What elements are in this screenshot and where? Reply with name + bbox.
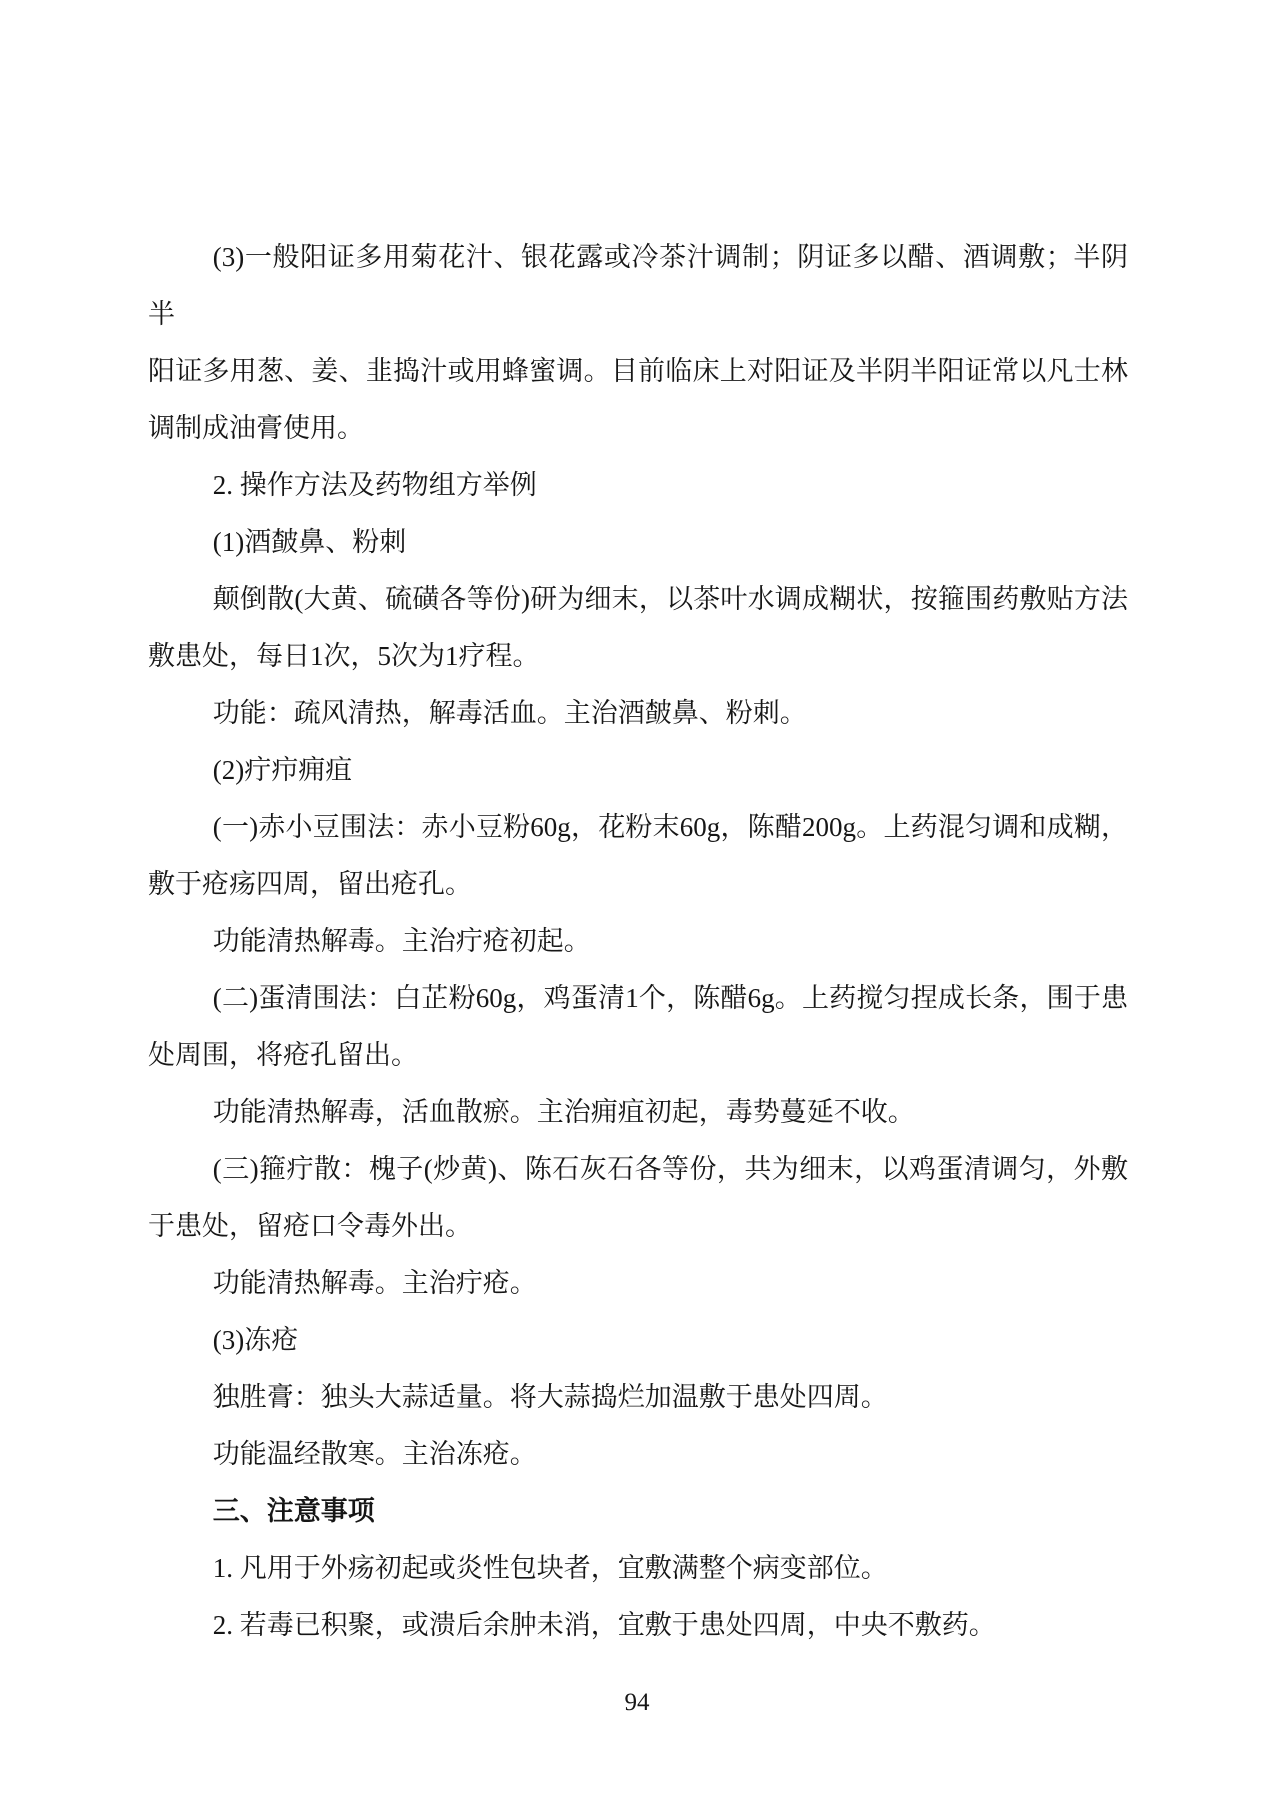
text-line: 2. 操作方法及药物组方举例 xyxy=(148,457,1128,514)
text-line: (2)疔疖痈疽 xyxy=(148,742,1128,799)
paragraph: (三)箍疔散：槐子(炒黄)、陈石灰石各等份，共为细末，以鸡蛋清调匀，外敷于患处，… xyxy=(148,1141,1128,1255)
paragraph: 独胜膏：独头大蒜适量。将大蒜捣烂加温敷于患处四周。 xyxy=(148,1369,1128,1426)
section-heading: 三、注意事项 xyxy=(148,1483,1128,1540)
text-line: (3)一般阳证多用菊花汁、银花露或冷茶汁调制；阴证多以醋、酒调敷；半阴半 xyxy=(148,229,1128,343)
text-line: 颠倒散(大黄、硫磺各等份)研为细末，以茶叶水调成糊状，按箍围药敷贴方法 xyxy=(148,571,1128,628)
text-line: 三、注意事项 xyxy=(148,1483,1128,1540)
text-line: (一)赤小豆围法：赤小豆粉60g，花粉末60g，陈醋200g。上药混匀调和成糊， xyxy=(148,799,1128,856)
paragraph: 功能：疏风清热，解毒活血。主治酒皶鼻、粉刺。 xyxy=(148,685,1128,742)
paragraph: (3)一般阳证多用菊花汁、银花露或冷茶汁调制；阴证多以醋、酒调敷；半阴半阳证多用… xyxy=(148,229,1128,457)
paragraph: 功能清热解毒。主治疔疮。 xyxy=(148,1255,1128,1312)
text-line: 处周围，将疮孔留出。 xyxy=(148,1027,1128,1084)
text-line: 敷于疮疡四周，留出疮孔。 xyxy=(148,856,1128,913)
text-line: 阳证多用葱、姜、韭捣汁或用蜂蜜调。目前临床上对阳证及半阴半阳证常以凡士林 xyxy=(148,343,1128,400)
text-line: 2. 若毒已积聚，或溃后余肿未消，宜敷于患处四周，中央不敷药。 xyxy=(148,1597,1128,1654)
text-line: 功能清热解毒。主治疔疮。 xyxy=(148,1255,1128,1312)
paragraph: 2. 操作方法及药物组方举例 xyxy=(148,457,1128,514)
paragraph: (3)冻疮 xyxy=(148,1312,1128,1369)
document-body: (3)一般阳证多用菊花汁、银花露或冷茶汁调制；阴证多以醋、酒调敷；半阴半阳证多用… xyxy=(148,229,1128,1654)
text-line: 功能：疏风清热，解毒活血。主治酒皶鼻、粉刺。 xyxy=(148,685,1128,742)
text-line: 功能清热解毒。主治疔疮初起。 xyxy=(148,913,1128,970)
paragraph: (1)酒皶鼻、粉刺 xyxy=(148,514,1128,571)
paragraph: 颠倒散(大黄、硫磺各等份)研为细末，以茶叶水调成糊状，按箍围药敷贴方法敷患处，每… xyxy=(148,571,1128,685)
text-line: 于患处，留疮口令毒外出。 xyxy=(148,1198,1128,1255)
text-line: 1. 凡用于外疡初起或炎性包块者，宜敷满整个病变部位。 xyxy=(148,1540,1128,1597)
paragraph: 2. 若毒已积聚，或溃后余肿未消，宜敷于患处四周，中央不敷药。 xyxy=(148,1597,1128,1654)
paragraph: 功能清热解毒。主治疔疮初起。 xyxy=(148,913,1128,970)
text-line: 独胜膏：独头大蒜适量。将大蒜捣烂加温敷于患处四周。 xyxy=(148,1369,1128,1426)
text-line: 功能温经散寒。主治冻疮。 xyxy=(148,1426,1128,1483)
paragraph: 功能清热解毒，活血散瘀。主治痈疽初起，毒势蔓延不收。 xyxy=(148,1084,1128,1141)
paragraph: 1. 凡用于外疡初起或炎性包块者，宜敷满整个病变部位。 xyxy=(148,1540,1128,1597)
page-footer: 94 xyxy=(0,1688,1274,1718)
paragraph: (2)疔疖痈疽 xyxy=(148,742,1128,799)
text-line: (三)箍疔散：槐子(炒黄)、陈石灰石各等份，共为细末，以鸡蛋清调匀，外敷 xyxy=(148,1141,1128,1198)
document-page: (3)一般阳证多用菊花汁、银花露或冷茶汁调制；阴证多以醋、酒调敷；半阴半阳证多用… xyxy=(0,0,1274,1801)
text-line: 调制成油膏使用。 xyxy=(148,400,1128,457)
text-line: (3)冻疮 xyxy=(148,1312,1128,1369)
text-line: 敷患处，每日1次，5次为1疗程。 xyxy=(148,628,1128,685)
text-line: (二)蛋清围法：白芷粉60g，鸡蛋清1个，陈醋6g。上药搅匀捏成长条，围于患 xyxy=(148,970,1128,1027)
paragraph: (一)赤小豆围法：赤小豆粉60g，花粉末60g，陈醋200g。上药混匀调和成糊，… xyxy=(148,799,1128,913)
paragraph: (二)蛋清围法：白芷粉60g，鸡蛋清1个，陈醋6g。上药搅匀捏成长条，围于患处周… xyxy=(148,970,1128,1084)
page-number: 94 xyxy=(625,1689,650,1716)
text-line: 功能清热解毒，活血散瘀。主治痈疽初起，毒势蔓延不收。 xyxy=(148,1084,1128,1141)
paragraph: 功能温经散寒。主治冻疮。 xyxy=(148,1426,1128,1483)
text-line: (1)酒皶鼻、粉刺 xyxy=(148,514,1128,571)
